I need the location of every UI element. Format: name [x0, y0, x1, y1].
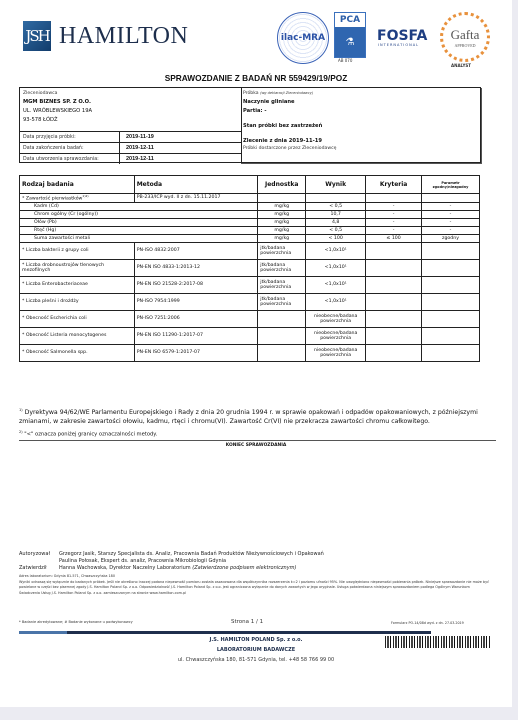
footnote-1-text: Dyrektywa 94/62/WE Parlamentu Europejski…	[19, 409, 478, 425]
metal-result: < 100	[306, 234, 366, 242]
divider	[19, 440, 496, 441]
test-method: PN-ISO 7251:2006	[134, 310, 258, 327]
test-result: nieobecne/badana powierzchnia	[306, 310, 366, 327]
table-row: Rtęć (Hg)mg/kg< 0,5--	[20, 226, 480, 234]
client-street: UL. WRÓBLEWSKIEGO 19A	[23, 107, 92, 116]
authorized-label: Autoryzował	[19, 551, 59, 558]
sample-label: Próbka (wg deklaracji Zleceniodawcy)	[243, 89, 336, 98]
group-name-text: * Zawartość pierwiastków	[22, 197, 82, 202]
test-method: PN-EN ISO 6579-1:2017-07	[134, 344, 258, 361]
test-criteria	[366, 259, 422, 276]
page-number: Strona 1 / 1	[231, 619, 263, 625]
metal-unit: mg/kg	[258, 226, 306, 234]
pca-number: AB 070	[338, 58, 352, 63]
sample-label-note: (wg deklaracji Zleceniodawcy)	[260, 91, 313, 95]
date-value: 2019-12-11	[120, 156, 154, 162]
metal-unit: mg/kg	[258, 218, 306, 226]
header-unit: Jednostka	[258, 176, 306, 194]
pca-logo-icon: PCA ⚗	[334, 12, 366, 58]
test-name: * Liczba drobnoustrojów tlenowych mezofi…	[20, 259, 135, 276]
metal-name: Chrom ogólny (Cr (ogólny))	[20, 210, 258, 218]
test-criteria	[366, 293, 422, 310]
test-unit	[258, 310, 306, 327]
gafta-role: ANALYST	[451, 63, 471, 68]
test-conformity	[422, 310, 480, 327]
table-row: * Liczba drobnoustrojów tlenowych mezofi…	[20, 259, 480, 276]
metal-name: Suma zawartości metali	[20, 234, 258, 242]
table-row: Ołów (Pb)mg/kg4,8--	[20, 218, 480, 226]
jsh-monogram-icon: JSH	[23, 21, 51, 51]
footnote-1: 1) Dyrektywa 94/62/WE Parlamentu Europej…	[19, 406, 489, 426]
test-unit: jtk/badana powierzchnia	[258, 242, 306, 259]
client-city: 93-578 ŁÓDŹ	[23, 116, 92, 125]
table-row: * Obecność Listeria monocytogenesPN-EN I…	[20, 327, 480, 344]
approved-note: (Zatwierdzone podpisem elektronicznym)	[192, 565, 296, 571]
metal-criteria: -	[366, 210, 422, 218]
date-row: Data zakończenia badań:2019-12-11	[20, 142, 241, 153]
test-conformity	[422, 276, 480, 293]
company-address: ul. Chwaszczyńska 180, 81-571 Gdynia, te…	[0, 657, 512, 663]
test-conformity	[422, 242, 480, 259]
metal-name: Kadm (Cd)	[20, 202, 258, 210]
client-box: Zleceniodawca MGM BIZNES SP. Z O.O. UL. …	[19, 87, 242, 163]
test-name: * Liczba Enterobacteriaceae	[20, 276, 135, 293]
date-label: Data przyjęcia próbki:	[20, 132, 120, 142]
report-title: SPRAWOZDANIE Z BADAŃ NR 559429/19/POZ	[0, 73, 512, 83]
test-method: PN-ISO 7954:1999	[134, 293, 258, 310]
metal-criteria: -	[366, 202, 422, 210]
footnote-2: 2) "<" oznacza poniżej granicy oznaczaln…	[19, 430, 157, 438]
test-conformity	[422, 344, 480, 361]
metal-criteria: -	[366, 218, 422, 226]
flask-icon: ⚗	[335, 27, 365, 57]
client-label: Zleceniodawca	[23, 89, 92, 98]
barcode-icon	[385, 636, 491, 648]
test-result: <1,0x10¹	[306, 293, 366, 310]
metal-result: 10,7	[306, 210, 366, 218]
test-criteria	[366, 344, 422, 361]
test-criteria	[366, 276, 422, 293]
footnote-2-text: "<" oznacza poniżej granicy oznaczalnośc…	[24, 432, 157, 438]
fosfa-logo-icon: FOSFA	[377, 28, 427, 44]
sample-condition: Stan próbki bez zastrzeżeń	[243, 122, 336, 131]
header-conformity: Parametr zgodny/niezgodny	[422, 176, 480, 194]
table-row: * Obecność Escherichia coliPN-ISO 7251:2…	[20, 310, 480, 327]
approved-by: Hanna Wachowska, Dyrektor Naczelny Labor…	[59, 565, 191, 571]
date-row: Data utworzenia sprawozdania:2019-12-11	[20, 153, 241, 164]
table-header-row: Rodzaj badania Metoda Jednostka Wynik Kr…	[20, 176, 480, 194]
date-value: 2019-11-19	[120, 134, 154, 140]
date-row: Data przyjęcia próbki:2019-11-19	[20, 131, 241, 142]
table-row: * Zawartość pierwiastków1)2)PB-233/ICP w…	[20, 194, 480, 203]
metal-conformity: -	[422, 218, 480, 226]
test-result: <1,0x10¹	[306, 242, 366, 259]
end-of-report: KONIEC SPRAWOZDANIA	[0, 443, 512, 448]
header-criteria: Kryteria	[366, 176, 422, 194]
sample-box: Próbka (wg deklaracji Zleceniodawcy) Nac…	[240, 87, 481, 163]
empty-cell	[422, 194, 480, 203]
gafta-logo-icon: Gafta APPROVED	[440, 12, 490, 62]
metal-conformity: -	[422, 210, 480, 218]
table-row: Suma zawartości metalimg/kg< 100≤ 100zgo…	[20, 234, 480, 242]
table-row: * Liczba pleśni i drożdżyPN-ISO 7954:199…	[20, 293, 480, 310]
test-name: * Liczba bakterii z grupy coli	[20, 242, 135, 259]
pca-label: PCA	[335, 13, 365, 27]
sample-label-text: Próbka	[243, 91, 259, 96]
sample-delivered: Próbki dostarczone przez Zleceniodawcę	[243, 146, 336, 151]
metal-unit: mg/kg	[258, 234, 306, 242]
group-footnote-mark: 1)2)	[82, 194, 88, 198]
test-method: PN-ISO 4832:2007	[134, 242, 258, 259]
gafta-sub: APPROVED	[454, 43, 475, 48]
table-row: * Liczba EnterobacteriaceaePN-EN ISO 215…	[20, 276, 480, 293]
test-name: * Obecność Listeria monocytogenes	[20, 327, 135, 344]
report-page: JSH HAMILTON ilac-MRA PCA ⚗ AB 070 FOSFA…	[0, 0, 512, 707]
metal-conformity: -	[422, 226, 480, 234]
test-result: nieobecne/badana powierzchnia	[306, 327, 366, 344]
metal-conformity: -	[422, 202, 480, 210]
metal-name: Rtęć (Hg)	[20, 226, 258, 234]
authorization-block: AutoryzowałGrzegorz Jasik, Starszy Specj…	[19, 551, 324, 572]
metal-name: Ołów (Pb)	[20, 218, 258, 226]
test-method: PN-EN ISO 4833-1:2013-12	[134, 259, 258, 276]
test-criteria	[366, 310, 422, 327]
metal-criteria: ≤ 100	[366, 234, 422, 242]
authorized-2: Paulina Połosak, Ekspert ds. analiz, Pra…	[59, 558, 226, 564]
test-method: PN-EN ISO 11290-1:2017-07	[134, 327, 258, 344]
metal-conformity: zgodny	[422, 234, 480, 242]
fosfa-sub: INTERNATIONAL	[378, 43, 419, 47]
form-number: Formularz PO-14/08d wyd. z dn. 27.03.201…	[391, 621, 464, 625]
results-table: Rodzaj badania Metoda Jednostka Wynik Kr…	[19, 175, 480, 362]
test-unit	[258, 344, 306, 361]
group-method: PB-233/ICP wyd. II z dn. 15.11.2017	[134, 194, 258, 203]
footer-legend: * Badanie akredytowane; # Badanie wykona…	[19, 620, 133, 624]
test-result: <1,0x10¹	[306, 259, 366, 276]
test-criteria	[366, 242, 422, 259]
approved-label: Zatwierdził	[19, 565, 59, 572]
authorized-1: Grzegorz Jasik, Starszy Specjalista ds. …	[59, 551, 324, 557]
test-group-name: * Zawartość pierwiastków1)2)	[20, 194, 135, 203]
empty-cell	[258, 194, 306, 203]
header-test-type: Rodzaj badania	[20, 176, 135, 194]
date-label: Data zakończenia badań:	[20, 143, 120, 153]
fineprint: Adres laboratorium: Gdynia 81-571, Chwas…	[19, 574, 489, 596]
hamilton-logo: JSH HAMILTON	[23, 21, 188, 51]
sample-name: Naczynie gliniane	[243, 98, 336, 107]
empty-cell	[366, 194, 422, 203]
test-unit: jtk/badana powierzchnia	[258, 293, 306, 310]
metal-unit: mg/kg	[258, 210, 306, 218]
metal-unit: mg/kg	[258, 202, 306, 210]
footer-bar	[19, 631, 431, 634]
test-conformity	[422, 293, 480, 310]
test-unit	[258, 327, 306, 344]
metal-result: 4,8	[306, 218, 366, 226]
test-result: nieobecne/badana powierzchnia	[306, 344, 366, 361]
test-conformity	[422, 259, 480, 276]
header-method: Metoda	[134, 176, 258, 194]
ilac-mra-logo-icon: ilac-MRA	[277, 12, 329, 64]
test-conformity	[422, 327, 480, 344]
metal-criteria: -	[366, 226, 422, 234]
fineprint-text: Wyniki odnoszą się wyłącznie do badanych…	[19, 580, 489, 597]
test-criteria	[366, 327, 422, 344]
header-result: Wynik	[306, 176, 366, 194]
dates-table: Data przyjęcia próbki:2019-11-19 Data za…	[20, 131, 241, 164]
table-row: * Liczba bakterii z grupy coliPN-ISO 483…	[20, 242, 480, 259]
test-result: <1,0x10¹	[306, 276, 366, 293]
metal-result: < 0,5	[306, 202, 366, 210]
date-label: Data utworzenia sprawozdania:	[20, 154, 120, 164]
test-method: PN-EN ISO 21528-2:2017-08	[134, 276, 258, 293]
sample-order: Zlecenie z dnia 2019-11-19	[243, 137, 336, 146]
metal-result: < 0,5	[306, 226, 366, 234]
ilac-label: ilac-MRA	[281, 33, 325, 43]
table-row: Chrom ogólny (Cr (ogólny))mg/kg10,7--	[20, 210, 480, 218]
test-name: * Obecność Escherichia coli	[20, 310, 135, 327]
gafta-title: Gafta	[451, 27, 480, 43]
test-unit: jtk/badana powierzchnia	[258, 259, 306, 276]
footnote-2-mark: 2)	[19, 430, 23, 434]
test-unit: jtk/badana powierzchnia	[258, 276, 306, 293]
test-name: * Liczba pleśni i drożdży	[20, 293, 135, 310]
date-value: 2019-12-11	[120, 145, 154, 151]
footer-bar-accent	[19, 631, 67, 634]
table-row: * Obecność Salmonella spp.PN-EN ISO 6579…	[20, 344, 480, 361]
empty-cell	[306, 194, 366, 203]
client-name: MGM BIZNES SP. Z O.O.	[23, 98, 92, 107]
logo-text: HAMILTON	[59, 23, 188, 50]
sample-batch: Partia: -	[243, 107, 336, 116]
table-row: Kadm (Cd)mg/kg< 0,5--	[20, 202, 480, 210]
footnote-1-mark: 1)	[19, 408, 23, 412]
test-name: * Obecność Salmonella spp.	[20, 344, 135, 361]
